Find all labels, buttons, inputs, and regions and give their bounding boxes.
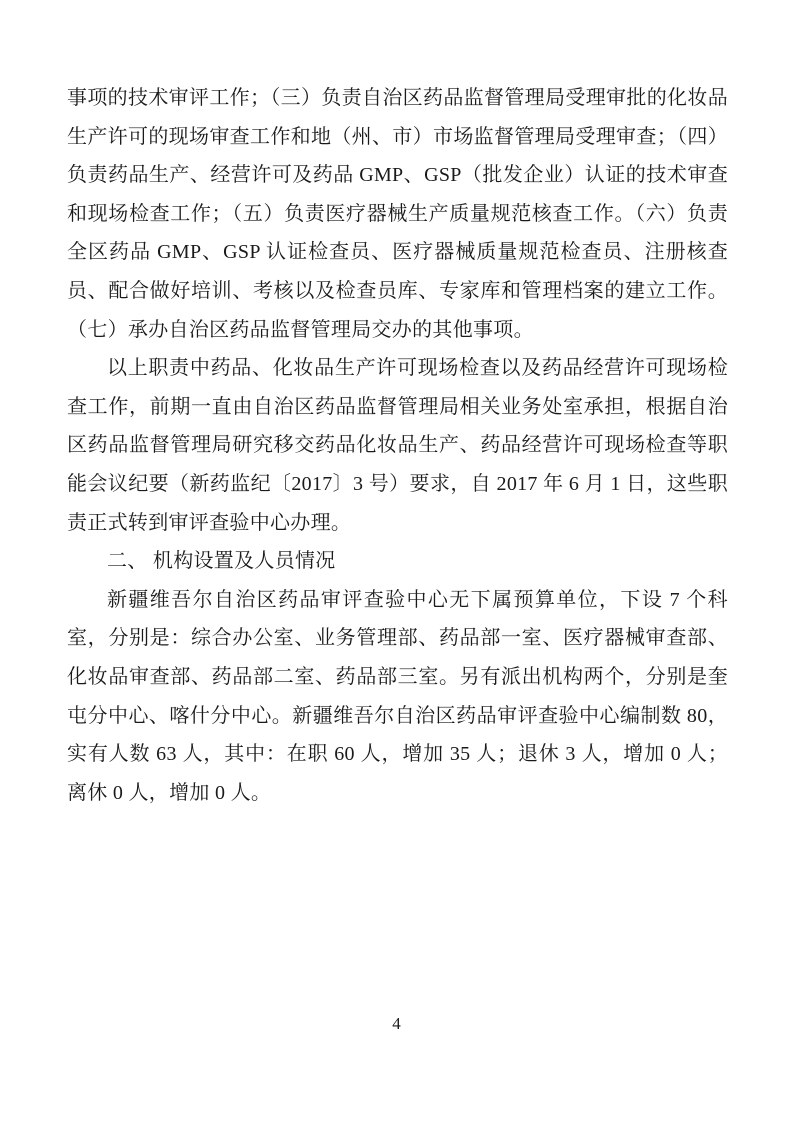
page-number: 4 [0,1012,793,1036]
document-page: 事项的技术审评工作；（三）负责自治区药品监督管理局受理审批的化妆品生产许可的现场… [0,0,793,1122]
document-body: 事项的技术审评工作；（三）负责自治区药品监督管理局受理审批的化妆品生产许可的现场… [67,79,728,812]
body-paragraph-2: 以上职责中药品、化妆品生产许可现场检查以及药品经营许可现场检查工作，前期一直由自… [67,349,728,542]
section-heading: 二、 机构设置及人员情况 [67,542,728,581]
body-paragraph-1: 事项的技术审评工作；（三）负责自治区药品监督管理局受理审批的化妆品生产许可的现场… [67,79,728,349]
body-paragraph-3: 新疆维吾尔自治区药品审评查验中心无下属预算单位，下设 7 个科室，分别是：综合办… [67,581,728,813]
